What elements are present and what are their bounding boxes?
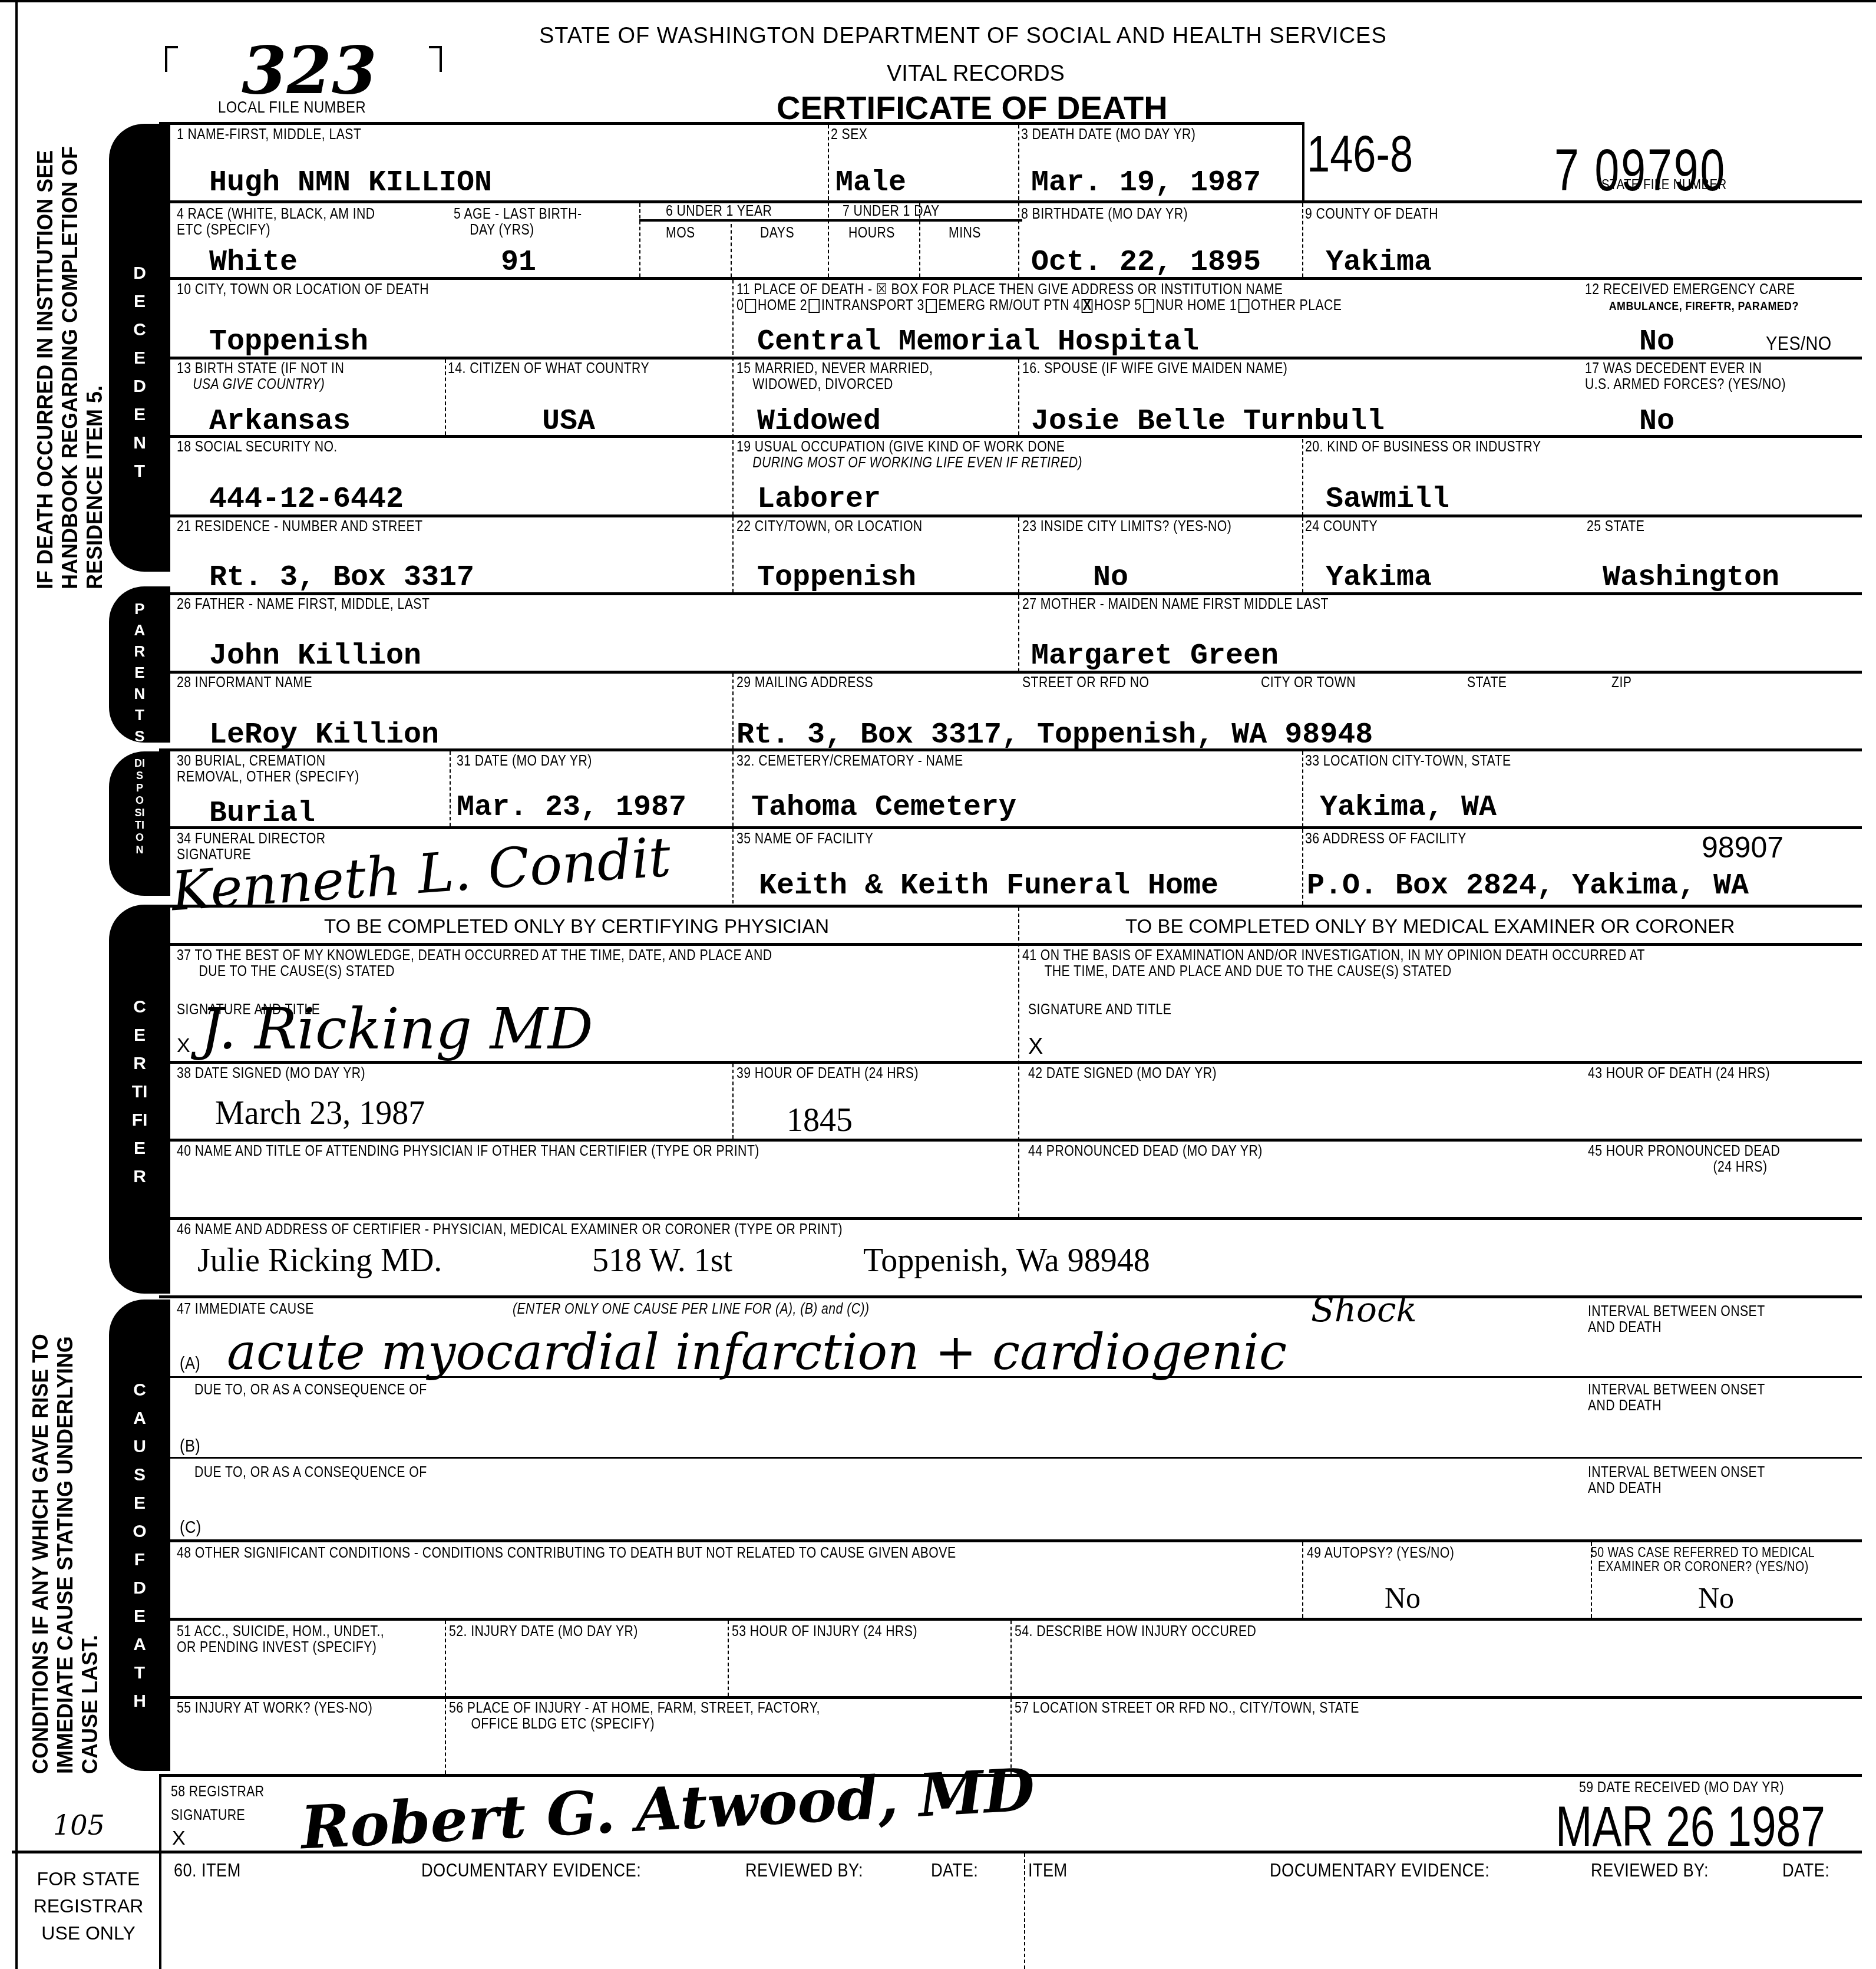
rule-under1 (639, 219, 1022, 222)
state-use-label: FOR STATE REGISTRAR USE ONLY (24, 1865, 153, 1947)
divider (450, 751, 451, 826)
divider (1024, 1853, 1025, 1969)
physician-signature: J. Ricking MD (200, 996, 593, 1062)
father-name[interactable]: John Killion (209, 641, 421, 672)
marital-status[interactable]: Widowed (757, 407, 881, 437)
rule-row13 (159, 1139, 1862, 1142)
section-tab-certifier: CERTIFIER (109, 905, 170, 1294)
cause-a-value[interactable]: acute myocardial infarction + cardiogeni… (227, 1323, 1287, 1381)
f35-label: 35 NAME OF FACILITY (736, 831, 873, 847)
f4-label: 4 RACE (WHITE, BLACK, AM INDETC (SPECIFY… (177, 206, 375, 238)
checkbox-hosp-checked[interactable]: X (1082, 299, 1093, 313)
f29-sub-street: STREET OR RFD NO (1022, 675, 1149, 691)
county-of-death[interactable]: Yakima (1326, 248, 1432, 278)
section-tab-decedent-label: DECEDENT (109, 259, 170, 486)
divider (732, 674, 734, 903)
certifier-city[interactable]: Toppenish, Wa 98948 (863, 1244, 1150, 1278)
f20-label: 20. KIND OF BUSINESS OR INDUSTRY (1305, 439, 1541, 455)
certifier-name[interactable]: Julie Ricking MD. (197, 1244, 442, 1278)
f15-label: 15 MARRIED, NEVER MARRIED,WIDOWED, DIVOR… (736, 361, 933, 393)
f51-label: 51 ACC., SUICIDE, HOM., UNDET.,OR PENDIN… (177, 1624, 384, 1655)
divider (1302, 439, 1303, 516)
section-tab-cause-of-death-label: CAUSE OF DEATH (109, 1376, 170, 1716)
inside-city-limits[interactable]: No (1093, 563, 1128, 593)
registrar-signature: Robert G. Atwood, MD (299, 1754, 1036, 1862)
f16-label: 16. SPOUSE (IF WIFE GIVE MAIDEN NAME) (1022, 361, 1287, 377)
rule-row17 (159, 1457, 1862, 1459)
department-name: STATE OF WASHINGTON DEPARTMENT OF SOCIAL… (539, 24, 1387, 49)
certifier-street[interactable]: 518 W. 1st (592, 1244, 732, 1278)
mother-name[interactable]: Margaret Green (1031, 641, 1279, 672)
f52-label: 52. INJURY DATE (MO DAY YR) (449, 1624, 638, 1640)
divider (1018, 517, 1019, 592)
divider (639, 203, 640, 277)
f7-hours: HOURS (848, 225, 895, 241)
physician-section-header: TO BE COMPLETED ONLY BY CERTIFYING PHYSI… (324, 915, 829, 938)
f29-sub-state: STATE (1467, 675, 1507, 691)
f6-days: DAYS (760, 225, 794, 241)
citizen-of[interactable]: USA (542, 407, 595, 437)
facility-name[interactable]: Keith & Keith Funeral Home (759, 871, 1218, 902)
f12-yesno: YES/NO (1766, 336, 1832, 352)
registrar-x-mark: X (172, 1827, 186, 1850)
state-use-item-left: 60. ITEM (174, 1862, 241, 1878)
f11-label: 11 PLACE OF DEATH - ☒ BOX FOR PLACE THEN… (736, 282, 1283, 298)
f29-sub-zip: ZIP (1611, 675, 1631, 691)
divider (1018, 595, 1019, 672)
f44-label: 44 PRONOUNCED DEAD (MO DAY YR) (1028, 1143, 1263, 1159)
state-use-divider (159, 1774, 161, 1969)
f27-label: 27 MOTHER - MAIDEN NAME FIRST MIDDLE LAS… (1022, 596, 1329, 612)
f47-note: (ENTER ONLY ONE CAUSE PER LINE FOR (A), … (513, 1301, 869, 1317)
place-option-hosp[interactable]: 4XHOSP (1073, 297, 1131, 314)
facility-zip[interactable]: 98907 (1702, 832, 1783, 863)
informant-name[interactable]: LeRoy Killion (209, 720, 439, 751)
top-edge-rule (0, 0, 1876, 2)
f25-label: 25 STATE (1587, 519, 1644, 535)
f37-x-mark: X (177, 1034, 190, 1057)
f57-label: 57 LOCATION STREET OR RFD NO., CITY/TOWN… (1015, 1700, 1359, 1716)
f58-label: 58 REGISTRARSIGNATURE (171, 1780, 265, 1827)
date-received-stamp: MAR 26 1987 (1555, 1795, 1825, 1859)
residence-city[interactable]: Toppenish (757, 563, 916, 593)
place-option-intransport[interactable]: 2INTRANSPORT (800, 297, 913, 314)
f9-label: 9 COUNTY OF DEATH (1305, 206, 1438, 222)
state-use-reviewed-left: REVIEWED BY: (745, 1862, 863, 1878)
armed-forces[interactable]: No (1639, 407, 1674, 437)
emergency-care[interactable]: No (1639, 327, 1674, 358)
decedent-sex[interactable]: Male (835, 168, 906, 199)
residence-county[interactable]: Yakima (1326, 563, 1432, 593)
section-tab-certifier-label: CERTIFIER (109, 993, 170, 1191)
residence-state[interactable]: Washington (1603, 563, 1779, 593)
residence-street[interactable]: Rt. 3, Box 3317 (209, 563, 474, 593)
divider (732, 280, 734, 592)
f28-label: 28 INFORMANT NAME (177, 675, 312, 691)
f24-label: 24 COUNTY (1305, 519, 1378, 535)
f55-label: 55 INJURY AT WORK? (YES-NO) (177, 1700, 372, 1716)
f43-label: 43 HOUR OF DEATH (24 HRS) (1588, 1066, 1770, 1081)
divider (1010, 1621, 1012, 1774)
cemetery-name[interactable]: Tahoma Cemetery (751, 793, 1016, 823)
rule-row1 (159, 200, 1862, 203)
f21-label: 21 RESIDENCE - NUMBER AND STREET (177, 519, 422, 535)
section-tab-disposition-label: DISPOSITION (109, 757, 170, 856)
f7-mins: MINS (949, 225, 981, 241)
f49-label: 49 AUTOPSY? (YES/NO) (1307, 1545, 1454, 1561)
state-use-date-left: DATE: (931, 1862, 978, 1878)
divider (1302, 517, 1303, 592)
rule-row4 (159, 435, 1862, 438)
f32-label: 32. CEMETERY/CREMATORY - NAME (736, 753, 963, 769)
rule-row15 (159, 1295, 1862, 1298)
f11-options: 0HOME 2INTRANSPORT 3EMERG RM/OUT PTN 4XH… (736, 298, 1342, 314)
divider (1302, 1542, 1303, 1618)
f26-label: 26 FATHER - NAME FIRST, MIDDLE, LAST (177, 596, 430, 612)
section-tab-disposition: DISPOSITION (109, 751, 170, 896)
f30-label: 30 BURIAL, CREMATIONREMOVAL, OTHER (SPEC… (177, 753, 359, 785)
f13-label: 13 BIRTH STATE (IF NOT INUSA GIVE COUNTR… (177, 361, 344, 393)
f29-label: 29 MAILING ADDRESS (736, 675, 873, 691)
state-use-date-right: DATE: (1782, 1862, 1829, 1878)
divider (731, 224, 732, 277)
date-signed[interactable]: March 23, 1987 (215, 1096, 425, 1130)
local-file-number: 323 (242, 32, 377, 108)
f8-label: 8 BIRTHDATE (MO DAY YR) (1021, 206, 1188, 222)
rule-row2 (159, 277, 1862, 280)
margin-note-bottom: CONDITIONS IF ANY WHICH GAVE RISE TO IMM… (28, 1334, 103, 1774)
divider (732, 1064, 734, 1139)
cause-c-label: (C) (180, 1519, 202, 1535)
facility-address[interactable]: P.O. Box 2824, Yakima, WA (1307, 871, 1749, 902)
f33-label: 33 LOCATION CITY-TOWN, STATE (1305, 753, 1511, 769)
divider (1018, 908, 1019, 1217)
cause-c-due-label: DUE TO, OR AS A CONSEQUENCE OF (194, 1465, 427, 1480)
ssn[interactable]: 444-12-6442 (209, 484, 404, 515)
cause-c-interval-label: INTERVAL BETWEEN ONSETAND DEATH (1588, 1465, 1765, 1496)
section-tab-parents: PARENTS (109, 586, 170, 743)
f6-label: 6 UNDER 1 YEAR (666, 203, 772, 219)
f41-signature-label: SIGNATURE AND TITLE (1028, 1002, 1171, 1018)
rule-row11 (159, 943, 1862, 946)
f54-label: 54. DESCRIBE HOW INJURY OCCURED (1015, 1624, 1256, 1640)
cause-b-label: (B) (180, 1438, 200, 1454)
f7-label: 7 UNDER 1 DAY (843, 203, 940, 219)
rule-row18 (159, 1539, 1862, 1542)
cemetery-location[interactable]: Yakima, WA (1320, 793, 1497, 823)
divider (1018, 125, 1019, 277)
place-of-death[interactable]: Central Memorial Hospital (757, 327, 1199, 358)
f3-label: 3 DEATH DATE (MO DAY YR) (1021, 127, 1195, 143)
left-margin-rule (15, 0, 18, 1969)
place-option-nur-home[interactable]: 5NUR HOME (1134, 297, 1226, 314)
f22-label: 22 CITY/TOWN, OR LOCATION (736, 519, 923, 535)
cause-b-interval-label: INTERVAL BETWEEN ONSETAND DEATH (1588, 1382, 1765, 1414)
state-use-evidence-right: DOCUMENTARY EVIDENCE: (1270, 1862, 1489, 1878)
f42-label: 42 DATE SIGNED (MO DAY YR) (1028, 1066, 1217, 1081)
disposition-method[interactable]: Burial (209, 799, 315, 829)
f46-label: 46 NAME AND ADDRESS OF CERTIFIER - PHYSI… (177, 1222, 843, 1238)
rule-top (159, 122, 1302, 125)
f14-label: 14. CITIZEN OF WHAT COUNTRY (448, 361, 649, 377)
death-date[interactable]: Mar. 19, 1987 (1031, 168, 1261, 199)
f40-label: 40 NAME AND TITLE OF ATTENDING PHYSICIAN… (177, 1143, 759, 1159)
checkbox-nur-home[interactable] (1143, 299, 1154, 313)
state-use-reviewed-right: REVIEWED BY: (1591, 1862, 1709, 1878)
race[interactable]: White (209, 248, 298, 278)
margin-note-top: IF DEATH OCCURRED IN INSTITUTION SEE HAN… (33, 146, 107, 589)
state-use-item-right: ITEM (1028, 1862, 1068, 1878)
hour-of-death[interactable]: 1845 (787, 1103, 853, 1137)
state-file-number-label: STATE FILE NUMBER (1601, 177, 1727, 193)
f31-label: 31 DATE (MO DAY YR) (457, 753, 592, 769)
divider (728, 1621, 729, 1696)
f39-label: 39 HOUR OF DEATH (24 HRS) (736, 1066, 919, 1081)
city-of-death[interactable]: Toppenish (209, 327, 368, 358)
divider (1302, 751, 1303, 905)
place-option-other[interactable]: 1OTHER PLACE (1230, 297, 1342, 314)
referred-to-examiner[interactable]: No (1698, 1582, 1734, 1613)
section-tab-decedent: DECEDENT (109, 124, 170, 572)
f12-label: 12 RECEIVED EMERGENCY CAREAMBULANCE, FIR… (1585, 282, 1799, 314)
birthdate[interactable]: Oct. 22, 1895 (1031, 248, 1261, 278)
disposition-date[interactable]: Mar. 23, 1987 (457, 793, 686, 823)
place-option-emerg[interactable]: 3EMERG RM/OUT PTN (917, 297, 1069, 314)
page-note: 105 (53, 1809, 105, 1841)
age[interactable]: 91 (501, 248, 536, 278)
f37-label: 37 TO THE BEST OF MY KNOWLEDGE, DEATH OC… (177, 948, 772, 979)
f18-label: 18 SOCIAL SECURITY NO. (177, 439, 338, 455)
place-option-home[interactable]: 0HOME (736, 297, 796, 314)
rule-row5 (159, 514, 1862, 517)
rule-row9 (159, 826, 1862, 829)
divider (1018, 360, 1019, 435)
f6-mos: MOS (666, 225, 695, 241)
state-file-number: 7 09790 (1554, 137, 1726, 205)
occupation[interactable]: Laborer (757, 484, 881, 515)
decedent-name[interactable]: Hugh NMN KILLION (209, 168, 492, 199)
f17-label: 17 WAS DECEDENT EVER INU.S. ARMED FORCES… (1585, 361, 1786, 393)
checkbox-home[interactable] (745, 299, 757, 313)
cause-a-value-extra[interactable]: Shock (1311, 1289, 1417, 1330)
f36-label: 36 ADDRESS OF FACILITY (1305, 831, 1467, 847)
f19-label: 19 USUAL OCCUPATION (GIVE KIND OF WORK D… (736, 439, 1082, 471)
f56-label: 56 PLACE OF INJURY - AT HOME, FARM, STRE… (449, 1700, 820, 1732)
f2-label: 2 SEX (831, 127, 867, 143)
autopsy[interactable]: No (1385, 1582, 1421, 1613)
f29-sub-city: CITY OR TOWN (1261, 675, 1356, 691)
f41-label: 41 ON THE BASIS OF EXAMINATION AND/OR IN… (1022, 948, 1645, 979)
checkbox-other[interactable] (1238, 299, 1249, 313)
examiner-section-header: TO BE COMPLETED ONLY BY MEDICAL EXAMINER… (1125, 915, 1735, 938)
divider (828, 125, 829, 277)
local-file-bracket-left (165, 46, 178, 72)
birth-state[interactable]: Arkansas (209, 407, 351, 437)
state-use-evidence-left: DOCUMENTARY EVIDENCE: (421, 1862, 641, 1878)
page-title: CERTIFICATE OF DEATH (777, 88, 1168, 127)
divider (1302, 203, 1303, 277)
divider (445, 1621, 446, 1774)
stamp-code: 146-8 (1307, 124, 1413, 184)
f10-label: 10 CITY, TOWN OR LOCATION OF DEATH (177, 282, 429, 298)
f59-label: 59 DATE RECEIVED (MO DAY YR) (1579, 1780, 1784, 1796)
f38-label: 38 DATE SIGNED (MO DAY YR) (177, 1066, 365, 1081)
f50-label: 50 WAS CASE REFERRED TO MEDICALEXAMINER … (1591, 1545, 1815, 1574)
stamp-box-right (1302, 122, 1304, 202)
checkbox-intransport[interactable] (809, 299, 820, 313)
spouse[interactable]: Josie Belle Turnbull (1031, 407, 1385, 437)
vital-records-subtitle: VITAL RECORDS (887, 61, 1065, 87)
cause-b-due-label: DUE TO, OR AS A CONSEQUENCE OF (194, 1382, 427, 1398)
f23-label: 23 INSIDE CITY LIMITS? (YES-NO) (1022, 519, 1231, 535)
f41-x-mark: X (1028, 1034, 1043, 1060)
local-file-number-label: LOCAL FILE NUMBER (218, 99, 366, 115)
section-tab-cause-of-death: CAUSE OF DEATH (109, 1300, 170, 1771)
f45-label: 45 HOUR PRONOUNCED DEAD(24 HRS) (1588, 1143, 1780, 1175)
cause-a-interval-label: INTERVAL BETWEEN ONSETAND DEATH (1588, 1304, 1765, 1335)
mailing-address[interactable]: Rt. 3, Box 3317, Toppenish, WA 98948 (736, 720, 1373, 751)
f1-label: 1 NAME-FIRST, MIDDLE, LAST (177, 127, 361, 143)
industry[interactable]: Sawmill (1326, 484, 1449, 515)
f5-label: 5 AGE - LAST BIRTH-DAY (YRS) (454, 206, 582, 238)
f53-label: 53 HOUR OF INJURY (24 HRS) (732, 1624, 917, 1640)
f47-label: 47 IMMEDIATE CAUSE (177, 1301, 314, 1317)
cause-a-label: (A) (180, 1355, 200, 1371)
local-file-bracket-right (429, 46, 442, 72)
divider (445, 360, 446, 435)
f48-label: 48 OTHER SIGNIFICANT CONDITIONS - CONDIT… (177, 1545, 956, 1561)
checkbox-emerg[interactable] (926, 299, 937, 313)
rule-row14 (159, 1217, 1862, 1220)
